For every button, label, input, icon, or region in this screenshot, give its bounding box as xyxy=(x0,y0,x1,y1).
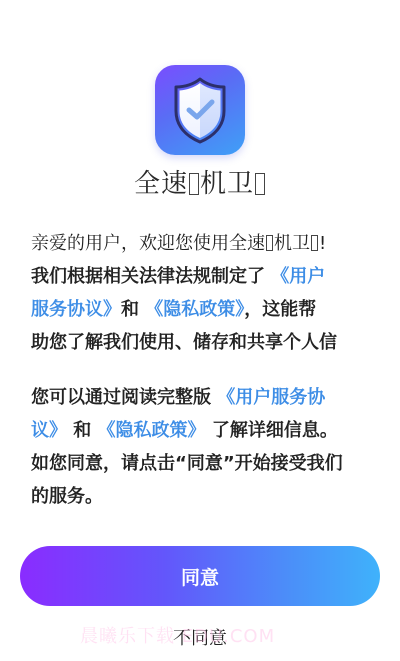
user-agreement-link[interactable]: 《用户 xyxy=(271,266,325,287)
missing-glyph-icon xyxy=(189,173,199,195)
user-agreement-link[interactable]: 服务协议》 xyxy=(31,299,121,320)
intro-line-2: 我们根据相关法律法规制定了 《用户 xyxy=(31,260,376,293)
app-title-part: 全速 xyxy=(134,169,188,199)
app-icon xyxy=(155,65,245,155)
intro-paragraph: 亲爱的用户，欢迎您使用全速机卫! 我们根据相关法律法规制定了 《用户 服务协议》… xyxy=(31,227,376,359)
intro-line-4: 助您了解我们使用、储存和共享个人信 xyxy=(31,326,376,359)
details-text: 了解详细信息。 xyxy=(206,420,338,441)
agree-button[interactable]: 同意 xyxy=(20,546,380,606)
user-agreement-link[interactable]: 《用户服务协 xyxy=(217,387,325,408)
disagree-button[interactable]: 不同意 xyxy=(120,620,280,654)
missing-glyph-icon xyxy=(266,235,273,251)
missing-glyph-icon xyxy=(311,235,318,251)
details-line-2: 议》 和 《隐私政策》 了解详细信息。 xyxy=(31,414,376,447)
privacy-policy-link[interactable]: 《隐私政策》 xyxy=(98,420,206,441)
app-title: 全速机卫 xyxy=(0,166,400,202)
greeting-text: 亲爱的用户，欢迎您使用全速 xyxy=(31,233,265,254)
greeting-text: 机卫 xyxy=(274,233,310,254)
greeting-text: ! xyxy=(319,233,326,254)
greeting-line: 亲爱的用户，欢迎您使用全速机卫! xyxy=(31,227,376,260)
privacy-policy-link[interactable]: 《隐私政策》 xyxy=(145,299,244,320)
details-line-1: 您可以通过阅读完整版 《用户服务协 xyxy=(31,381,376,414)
details-text: 和 xyxy=(67,420,98,441)
app-title-part: 机卫 xyxy=(200,169,254,199)
user-agreement-link[interactable]: 议》 xyxy=(31,420,67,441)
details-line-4: 的服务。 xyxy=(31,480,376,513)
details-text: 的服务。 xyxy=(31,486,103,507)
details-paragraph: 您可以通过阅读完整版 《用户服务协 议》 和 《隐私政策》 了解详细信息。 如您… xyxy=(31,381,376,513)
missing-glyph-icon xyxy=(255,173,265,195)
intro-text: 助您了解我们使用、储存和共享个人信 xyxy=(31,332,337,353)
details-text: 如您同意，请点击“同意”开始接受我们 xyxy=(31,453,343,474)
details-line-3: 如您同意，请点击“同意”开始接受我们 xyxy=(31,447,376,480)
intro-text: ，这能帮 xyxy=(244,299,316,320)
intro-text: 和 xyxy=(121,299,145,320)
intro-text: 我们根据相关法律法规制定了 xyxy=(31,266,271,287)
intro-line-3: 服务协议》和 《隐私政策》，这能帮 xyxy=(31,293,376,326)
details-text: 您可以通过阅读完整版 xyxy=(31,387,217,408)
shield-check-icon xyxy=(155,65,245,155)
